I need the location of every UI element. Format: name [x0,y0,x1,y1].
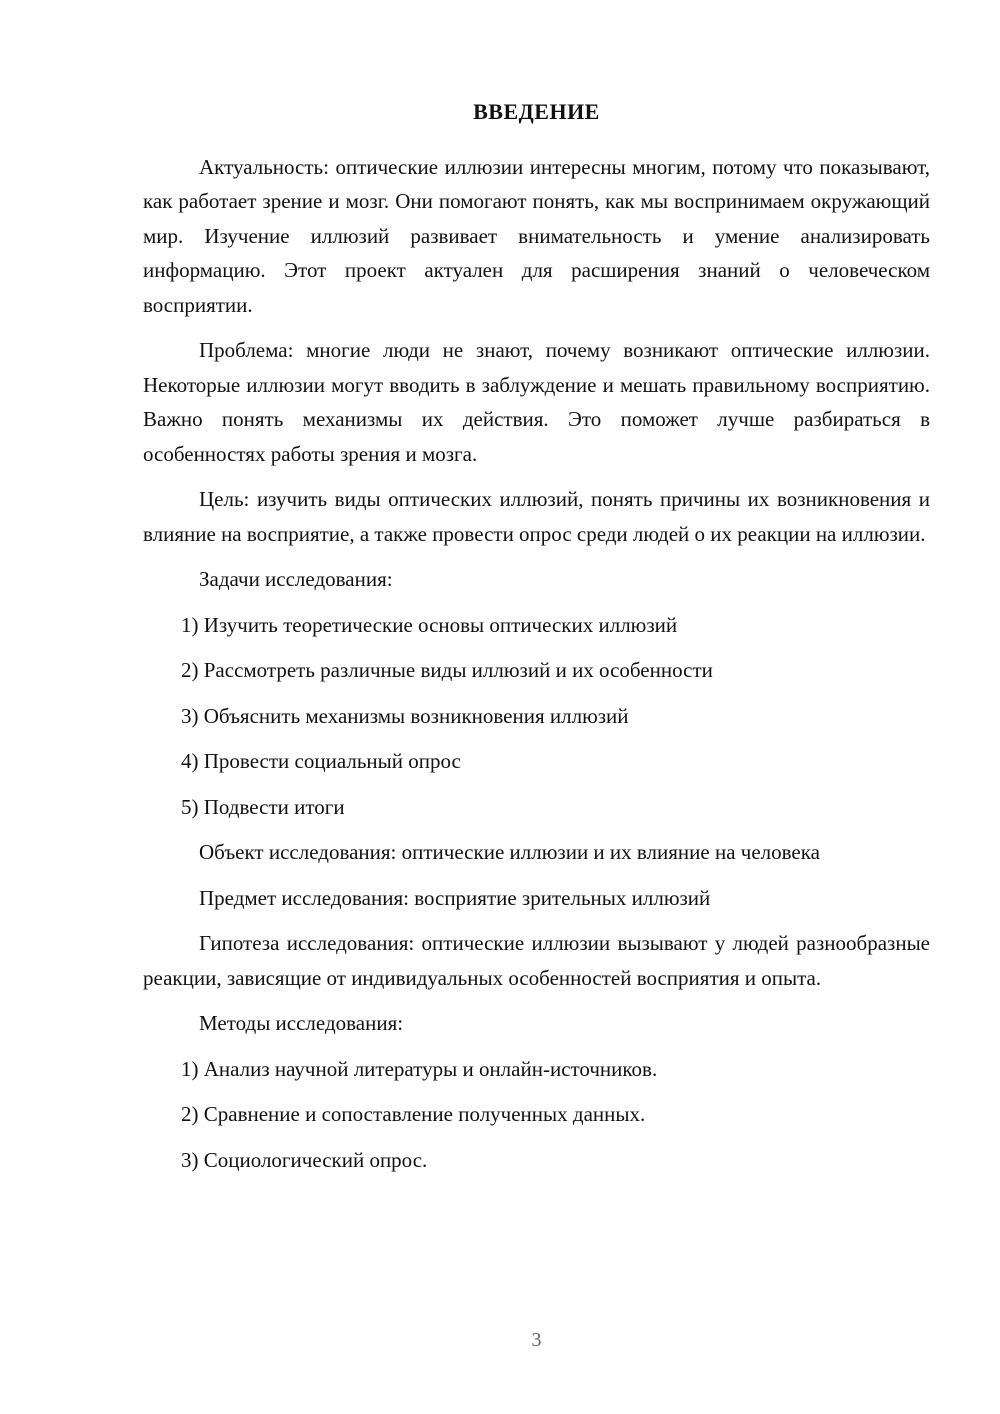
task-item-1: 1) Изучить теоретические основы оптическ… [143,608,930,643]
method-marker: 2) [181,1102,199,1126]
method-text: Анализ научной литературы и онлайн-источ… [204,1057,657,1081]
task-item-5: 5) Подвести итоги [143,790,930,825]
document-content: ВВЕДЕНИЕ Актуальность: оптические иллюзи… [143,95,930,1188]
paragraph-relevance: Актуальность: оптические иллюзии интерес… [143,150,930,323]
paragraph-problem: Проблема: многие люди не знают, почему в… [143,333,930,471]
task-item-4: 4) Провести социальный опрос [143,744,930,779]
task-marker: 5) [181,795,199,819]
methods-heading: Методы исследования: [143,1006,930,1041]
tasks-heading: Задачи исследования: [143,562,930,597]
task-marker: 1) [181,613,199,637]
paragraph-goal: Цель: изучить виды оптических иллюзий, п… [143,482,930,551]
task-text: Подвести итоги [204,795,345,819]
paragraph-subject: Предмет исследования: восприятие зритель… [143,881,930,916]
method-item-3: 3) Социологический опрос. [143,1143,930,1178]
method-text: Социологический опрос. [204,1148,428,1172]
page-number: 3 [532,1329,542,1351]
document-page: ВВЕДЕНИЕ Актуальность: оптические иллюзи… [0,0,1000,1414]
method-marker: 3) [181,1148,199,1172]
task-item-3: 3) Объяснить механизмы возникновения илл… [143,699,930,734]
method-text: Сравнение и сопоставление полученных дан… [204,1102,645,1126]
task-text: Изучить теоретические основы оптических … [204,613,677,637]
method-item-2: 2) Сравнение и сопоставление полученных … [143,1097,930,1132]
method-item-1: 1) Анализ научной литературы и онлайн-ис… [143,1052,930,1087]
task-marker: 4) [181,749,199,773]
task-text: Провести социальный опрос [204,749,461,773]
task-text: Рассмотреть различные виды иллюзий и их … [204,658,713,682]
paragraph-hypothesis: Гипотеза исследования: оптические иллюзи… [143,926,930,995]
task-text: Объяснить механизмы возникновения иллюзи… [204,704,629,728]
task-marker: 2) [181,658,199,682]
paragraph-object: Объект исследования: оптические иллюзии … [143,835,930,870]
method-marker: 1) [181,1057,199,1081]
task-marker: 3) [181,704,199,728]
page-title: ВВЕДЕНИЕ [143,95,930,130]
page-footer: 3 [143,1326,930,1354]
task-item-2: 2) Рассмотреть различные виды иллюзий и … [143,653,930,688]
